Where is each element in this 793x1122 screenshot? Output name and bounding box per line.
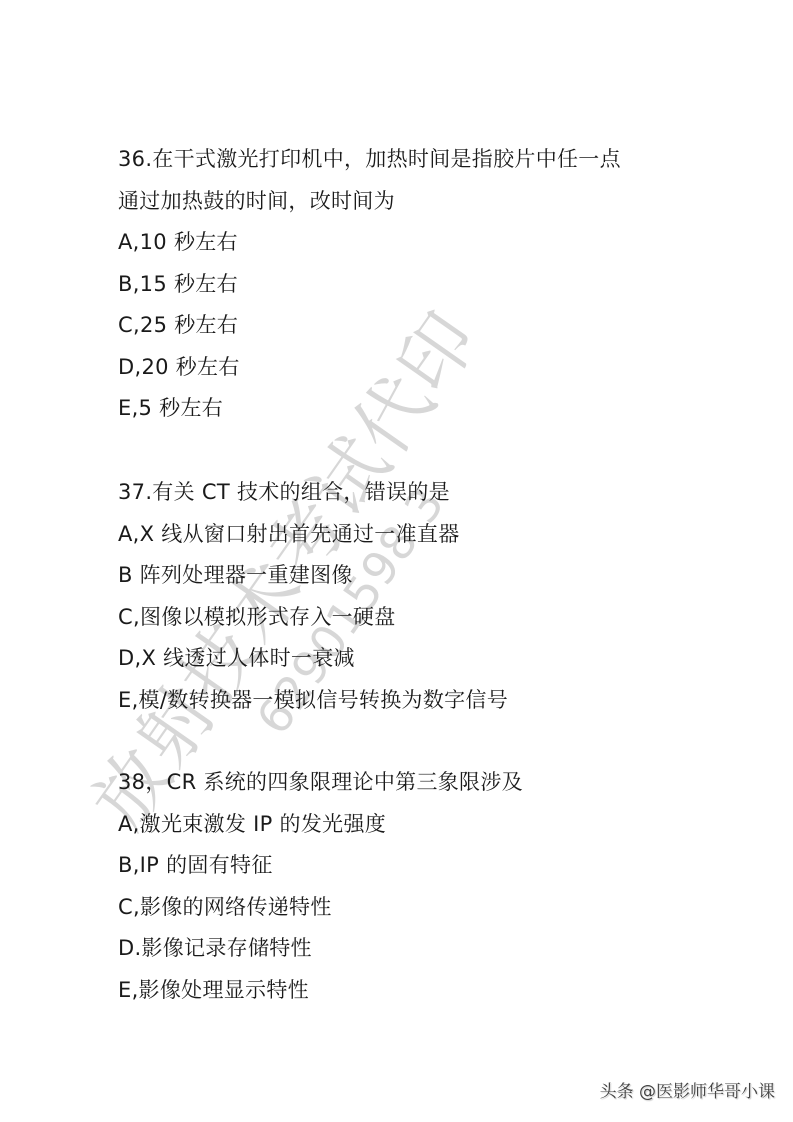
- question-stem-line: 37.有关 CT 技术的组合，错误的是: [118, 472, 698, 514]
- question-stem-line: 通过加热鼓的时间，改时间为: [118, 181, 698, 223]
- option-e: E,模/数转换器一模拟信号转换为数字信号: [118, 680, 698, 722]
- source-credit: 头条 @医影师华哥小课: [600, 1077, 775, 1102]
- option-a: A,10 秒左右: [118, 222, 698, 264]
- option-a: A,激光束激发 IP 的发光强度: [118, 804, 698, 846]
- option-b: B,IP 的固有特征: [118, 845, 698, 887]
- option-d: D,20 秒左右: [118, 347, 698, 389]
- question-37: 37.有关 CT 技术的组合，错误的是 A,X 线从窗口射出首先通过一准直器 B…: [118, 472, 698, 721]
- option-c: C,影像的网络传递特性: [118, 887, 698, 929]
- option-d: D.影像记录存储特性: [118, 928, 698, 970]
- question-36: 36.在干式激光打印机中，加热时间是指胶片中任一点 通过加热鼓的时间，改时间为 …: [118, 139, 698, 430]
- question-stem-line: 38，CR 系统的四象限理论中第三象限涉及: [118, 762, 698, 804]
- document-page: 放射技术考试代印 62901598 3 36.在干式激光打印机中，加热时间是指胶…: [0, 0, 793, 1122]
- option-b: B,15 秒左右: [118, 264, 698, 306]
- option-e: E,5 秒左右: [118, 388, 698, 430]
- option-d: D,X 线透过人体时一衰减: [118, 638, 698, 680]
- option-a: A,X 线从窗口射出首先通过一准直器: [118, 514, 698, 556]
- option-c: C,图像以模拟形式存入一硬盘: [118, 597, 698, 639]
- question-stem-line: 36.在干式激光打印机中，加热时间是指胶片中任一点: [118, 139, 698, 181]
- question-38: 38，CR 系统的四象限理论中第三象限涉及 A,激光束激发 IP 的发光强度 B…: [118, 762, 698, 1011]
- option-e: E,影像处理显示特性: [118, 970, 698, 1012]
- option-c: C,25 秒左右: [118, 305, 698, 347]
- option-b: B 阵列处理器一重建图像: [118, 555, 698, 597]
